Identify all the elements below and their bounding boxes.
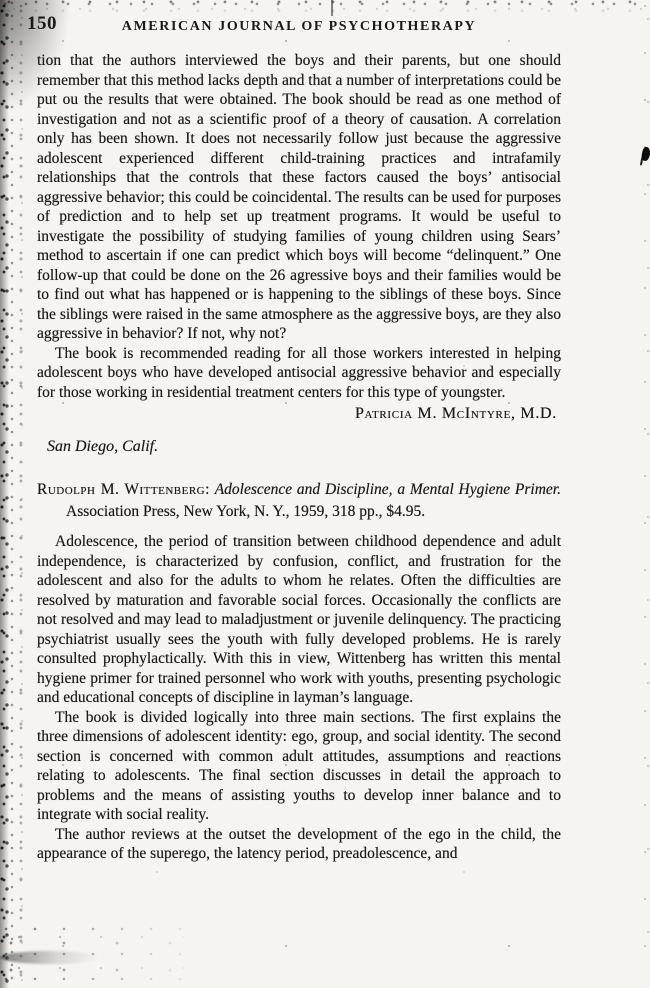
review1-paragraph-2: The book is recommended reading for all …	[37, 344, 561, 403]
scan-fold-line	[331, 0, 333, 16]
review1-paragraph-continuation: tion that the authors interviewed the bo…	[37, 51, 561, 344]
reviewer-location: San Diego, Calif.	[47, 437, 561, 457]
review2-paragraph-3: The author reviews at the outset the dev…	[37, 825, 561, 864]
review2-author-name: Rudolph M. Wittenberg:	[37, 481, 210, 498]
review2-heading: Rudolph M. Wittenberg: Adolescence and D…	[37, 479, 561, 522]
running-head: AMERICAN JOURNAL OF PSYCHOTHERAPY	[37, 17, 561, 35]
review2-paragraph-2: The book is divided logically into three…	[37, 708, 561, 825]
scan-noise-top-edge	[0, 0, 650, 14]
scanned-journal-page: 150 AMERICAN JOURNAL OF PSYCHOTHERAPY ti…	[0, 0, 650, 988]
reviewer-signature: Patricia M. McIntyre, M.D.	[37, 404, 561, 424]
review2-citation: Association Press, New York, N. Y., 1959…	[66, 503, 425, 520]
review2-book-title: Adolescence and Discipline, a Mental Hyg…	[215, 481, 561, 498]
text-column: tion that the authors interviewed the bo…	[37, 51, 561, 864]
binding-shadow-left	[0, 0, 9, 988]
scan-smudge-bottom	[0, 951, 100, 964]
review2-paragraph-1: Adolescence, the period of transition be…	[37, 532, 561, 708]
journal-title: AMERICAN JOURNAL OF PSYCHOTHERAPY	[122, 19, 476, 34]
